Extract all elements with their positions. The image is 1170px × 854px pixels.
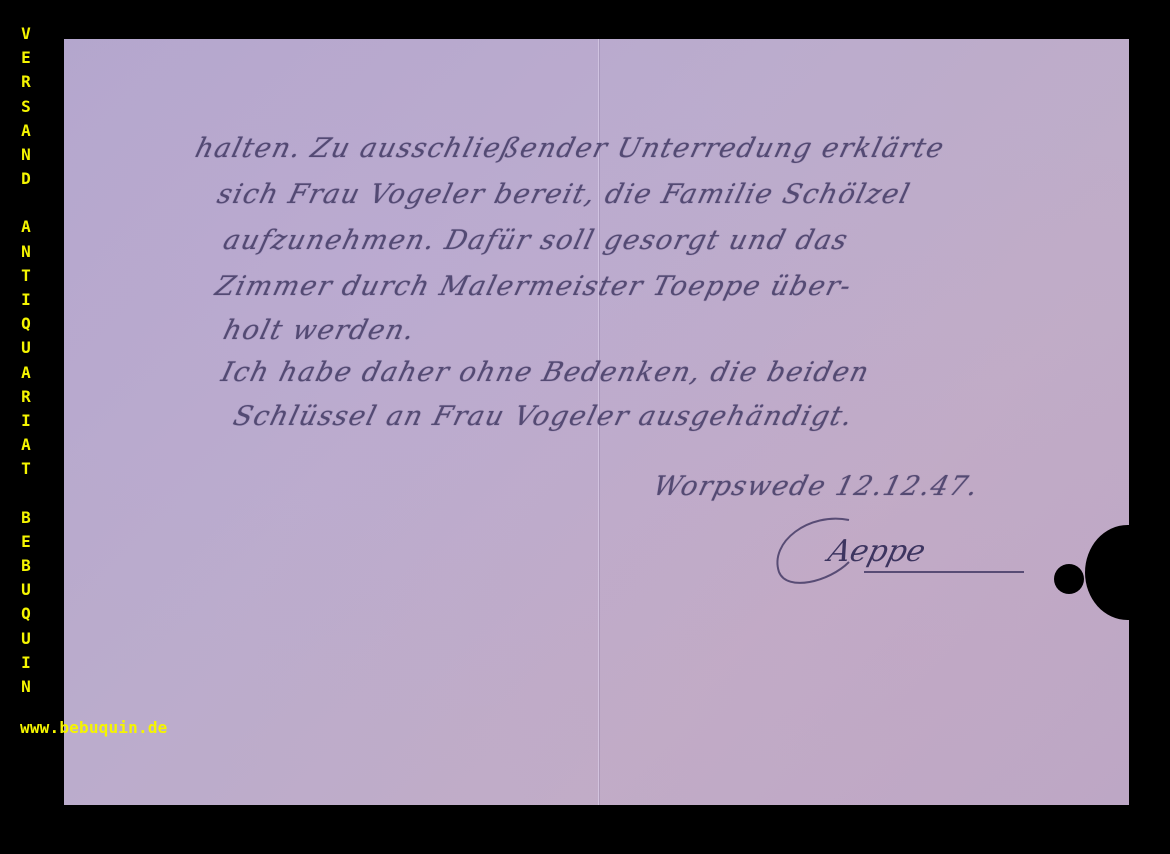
hole-punch-shadow <box>1085 525 1170 620</box>
banner-letter: R <box>0 70 52 94</box>
letter-place-date: Worpswede 12.12.47. <box>650 471 982 502</box>
signature: Aeppe <box>769 512 1039 592</box>
banner-letter: I <box>0 288 52 312</box>
banner-letter: R <box>0 385 52 409</box>
banner-letter: S <box>0 95 52 119</box>
banner-word-1: VERSAND <box>0 22 52 191</box>
banner-letter: T <box>0 264 52 288</box>
banner-letter: U <box>0 578 52 602</box>
banner-letter: Q <box>0 602 52 626</box>
banner-letter: U <box>0 627 52 651</box>
letter-line-4: Zimmer durch Malermeister Toeppe über- <box>212 271 855 302</box>
banner-letter: E <box>0 530 52 554</box>
hole-punch-knob <box>1054 564 1084 594</box>
signature-text: Aeppe <box>825 534 929 569</box>
banner-letter: D <box>0 167 52 191</box>
letter-line-2: sich Frau Vogeler bereit, die Familie Sc… <box>214 179 914 210</box>
letter-line-1: halten. Zu ausschließender Unterredung e… <box>192 133 948 164</box>
banner-letter: Q <box>0 312 52 336</box>
banner-word-2: ANTIQUARIAT <box>0 215 52 481</box>
banner-letter: A <box>0 361 52 385</box>
letter-body: halten. Zu ausschließender Unterredung e… <box>64 39 1129 805</box>
vendor-banner-vertical: VERSAND ANTIQUARIAT BEBUQUIN <box>0 22 52 699</box>
letter-line-3: aufzunehmen. Dafür soll gesorgt und das <box>220 225 852 256</box>
banner-letter: N <box>0 240 52 264</box>
banner-letter: I <box>0 409 52 433</box>
banner-letter: T <box>0 457 52 481</box>
banner-letter: A <box>0 433 52 457</box>
banner-letter: B <box>0 554 52 578</box>
letter-paper: halten. Zu ausschließender Unterredung e… <box>64 39 1129 805</box>
banner-letter: I <box>0 651 52 675</box>
banner-letter: V <box>0 22 52 46</box>
banner-letter: N <box>0 143 52 167</box>
banner-letter: U <box>0 336 52 360</box>
banner-letter: E <box>0 46 52 70</box>
letter-line-6: Ich habe daher ohne Bedenken, die beiden <box>218 357 873 388</box>
banner-letter: A <box>0 215 52 239</box>
letter-line-5: holt werden. <box>220 315 419 346</box>
vendor-url: www.bebuquin.de <box>20 718 168 737</box>
banner-letter: N <box>0 675 52 699</box>
letter-line-7: Schlüssel an Frau Vogeler ausgehändigt. <box>230 401 857 432</box>
banner-letter: B <box>0 506 52 530</box>
banner-letter: A <box>0 119 52 143</box>
banner-word-3: BEBUQUIN <box>0 506 52 700</box>
